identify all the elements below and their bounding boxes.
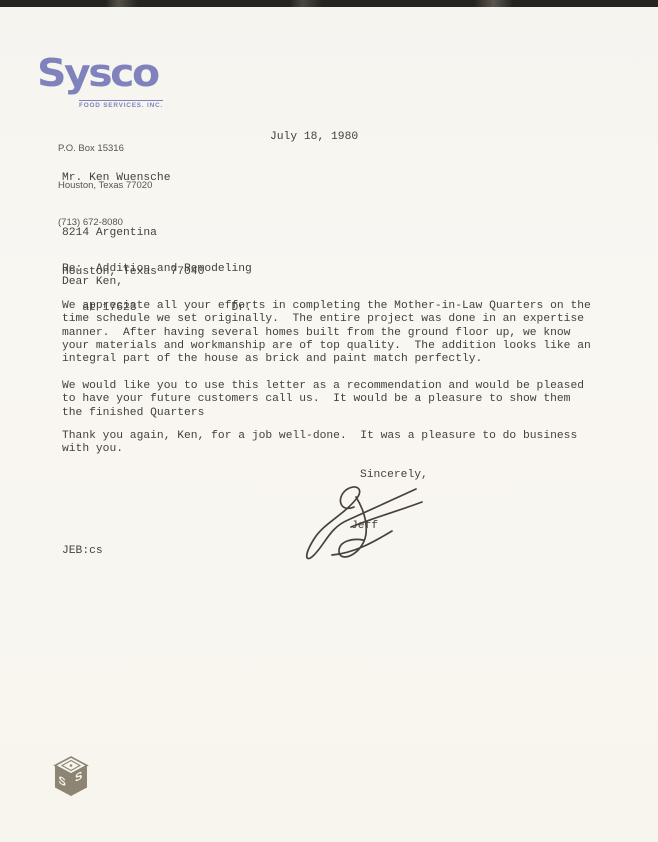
body-paragraph-1: We appreciate all your efforts in comple… <box>62 300 591 366</box>
signer-name: Jeff <box>351 520 378 533</box>
sysco-logo-wordmark: Sysco <box>37 54 163 92</box>
body-paragraph-2: We would like you to use this letter as … <box>62 380 584 420</box>
salutation: Dear Ken, <box>62 276 123 289</box>
date-line: July 18, 1980 <box>270 131 358 144</box>
body-paragraph-3: Thank you again, Ken, for a job well-don… <box>62 430 577 457</box>
scan-edge-top <box>0 0 658 7</box>
sysco-logo-subtext: FOOD SERVICES. INC. <box>79 100 163 110</box>
sysco-logo: Sysco FOOD SERVICES. INC. <box>37 54 163 112</box>
letterhead-po-box: P.O. Box 15316 <box>58 143 152 155</box>
sysco-cube-icon: S S <box>53 756 89 798</box>
letter-page: Sysco FOOD SERVICES. INC. P.O. Box 15316… <box>0 0 658 842</box>
recipient-name: Mr. Ken Wuensche <box>62 172 170 185</box>
typist-initials: JEB:cs <box>62 545 103 558</box>
subject-line-1: Re: Addition and Remodeling <box>62 263 252 276</box>
